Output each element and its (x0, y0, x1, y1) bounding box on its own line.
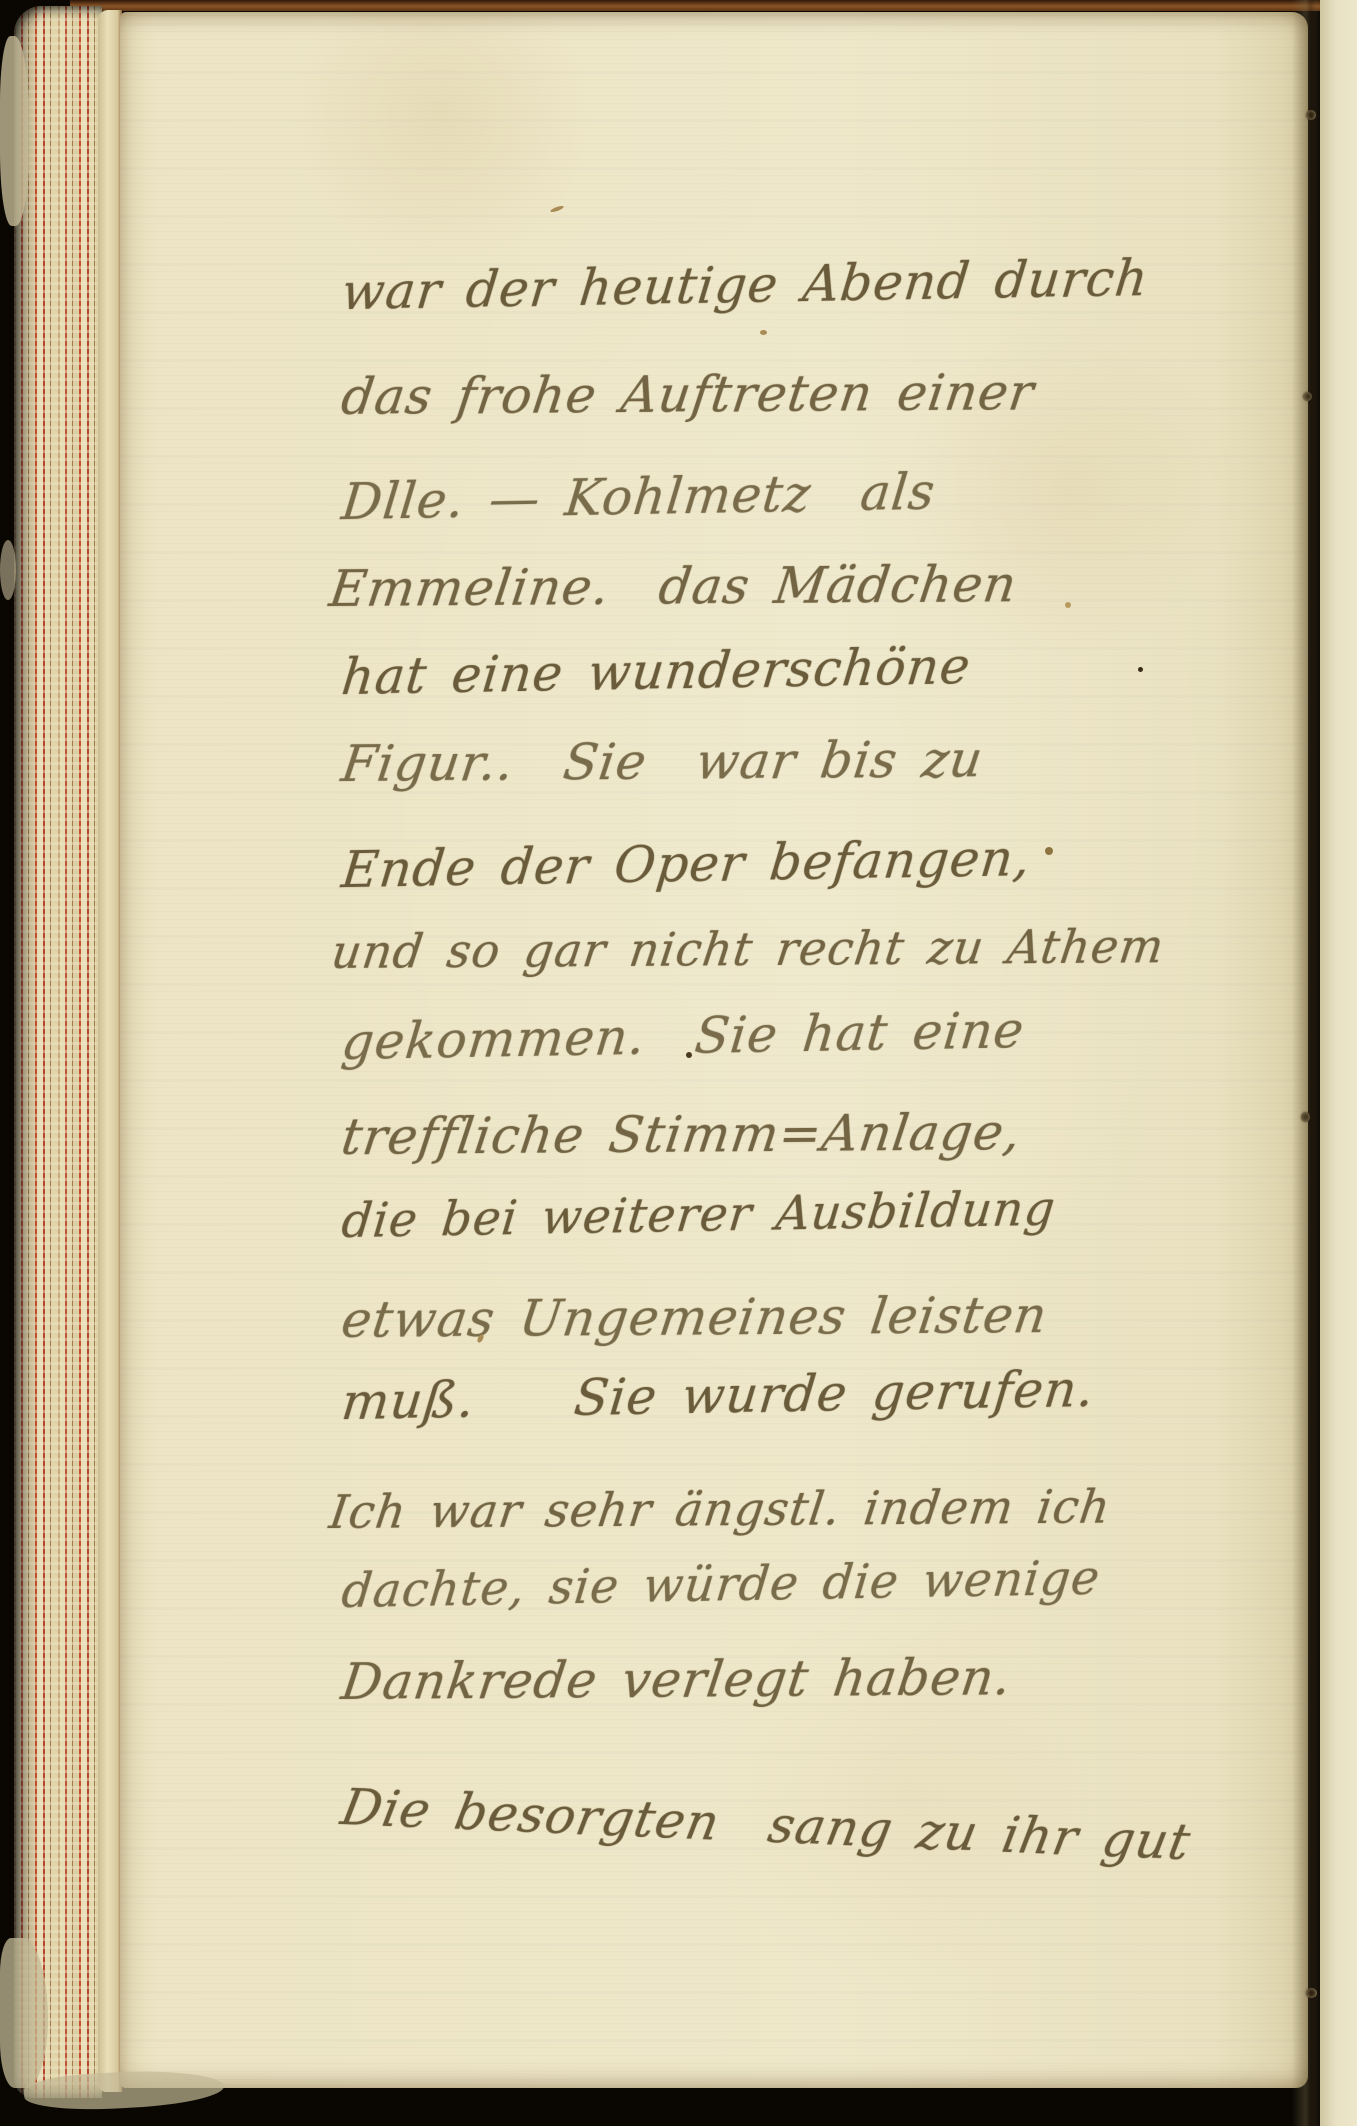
facing-page-edge (1320, 0, 1357, 2126)
handwriting-line: Ende der Oper befangen, (338, 824, 1034, 904)
handwriting-line: dachte, sie würde die wenige (338, 1545, 1103, 1626)
handwriting-line: Dankrede verlegt haben. (337, 1643, 1015, 1716)
gutter-crease (1292, 0, 1322, 2126)
handwriting-line: Ich war sehr ängstl. indem ich (325, 1473, 1115, 1547)
paper-speck (686, 1052, 692, 1058)
handwriting-line: die bei weiterer Ausbildung (338, 1175, 1058, 1256)
red-sprinkled-leaf-edges (14, 6, 102, 2098)
handwriting-line: gekommen. Sie hat eine (338, 996, 1027, 1076)
handwriting-line: etwas Ungemeines leisten (337, 1281, 1051, 1354)
manuscript-scan: war der heutige Abend durch das frohe Au… (0, 0, 1357, 2126)
handwriting-line: hat eine wunderschöne (338, 632, 974, 711)
inner-leaf-edge (98, 10, 122, 2092)
book-cover-top-edge (70, 0, 1357, 11)
paper-speck (1138, 667, 1143, 672)
handwriting-line: Figur.. Sie war bis zu (337, 725, 987, 798)
manuscript-page: war der heutige Abend durch das frohe Au… (120, 12, 1308, 2088)
paper-speck (1045, 847, 1053, 855)
handwriting-line: und so gar nicht recht zu Athem (327, 912, 1168, 986)
handwriting-line: war der heutige Abend durch (338, 244, 1152, 326)
handwriting-line: muß. Sie wurde gerufen. (338, 1355, 1098, 1436)
handwriting-line: Emmeline. das Mädchen (325, 550, 1021, 623)
handwriting-line: Die besorgten sang zu ihr gut (336, 1773, 1196, 1876)
paper-speck (550, 205, 565, 214)
frayed-paper (0, 540, 16, 600)
paper-speck (760, 330, 767, 335)
handwriting-line: treffliche Stimm=Anlage, (337, 1098, 1025, 1171)
paper-speck (1065, 602, 1071, 608)
handwriting-line: das frohe Auftreten einer (337, 358, 1038, 431)
handwriting-line: Dlle. — Kohlmetz als (338, 458, 938, 536)
